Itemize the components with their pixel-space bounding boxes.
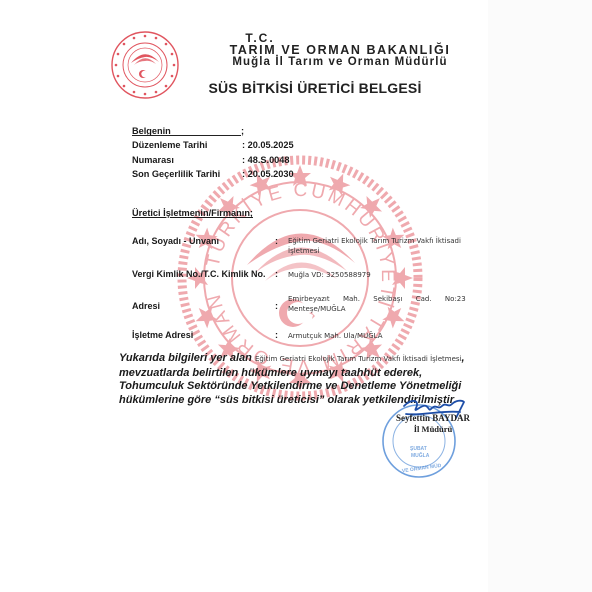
issue-date-value: : 20.05.2025 (242, 140, 294, 150)
certificate-section-colon: ; (241, 126, 244, 136)
business-address-value: Armutçuk Mah. Ula/MUĞLA (288, 331, 382, 341)
address-colon: : (275, 301, 278, 311)
svg-text:MUĞLA: MUĞLA (411, 451, 430, 459)
business-address-label: İşletme Adresi (132, 330, 193, 340)
number-value: : 48.S.0048 (242, 155, 290, 165)
statement-company: Eğitim Geriatri Ekolojik Tarım Turizm Va… (255, 355, 462, 363)
statement-lead: Yukarıda bilgileri yer alan (119, 352, 255, 364)
producer-section-label: Üretici İşletmenin/Firmanın; (132, 208, 253, 218)
signatory-title: İl Müdürü (393, 424, 473, 434)
name-title-value-line1: Eğitim Geriatri Ekolojik Tarım Turizm Va… (288, 236, 461, 246)
header-directorate: Muğla İl Tarım ve Orman Müdürlü (200, 56, 480, 68)
address-value-line2: Menteşe/MUĞLA (288, 304, 480, 314)
name-title-value: Eğitim Geriatri Ekolojik Tarım Turizm Va… (288, 236, 461, 256)
expiry-date-label: Son Geçerlilik Tarihi (132, 169, 220, 179)
address-label: Adresi (132, 301, 160, 311)
name-title-value-line2: İşletmesi (288, 246, 461, 256)
name-title-colon: : (275, 236, 278, 246)
business-address-colon: : (275, 330, 278, 340)
svg-text:TÜRKİYE CUMHURİYETİ TARIM VE O: TÜRKİYE CUMHURİYETİ TARIM VE ORMAN BAKAN… (175, 153, 398, 376)
name-title-label: Adı, Soyadı - Unvanı (132, 236, 219, 246)
address-value: Emirbeyazıt Mah. Sekibaşı Cad. No:23 Men… (288, 294, 480, 314)
signatory-name: Seyfettin BAYDAR (393, 413, 473, 423)
address-value-line1: Emirbeyazıt Mah. Sekibaşı Cad. No:23 (288, 294, 480, 304)
section-underline (132, 135, 241, 136)
ministry-seal-icon (110, 30, 180, 100)
certificate-page: TÜRKİYE CUMHURİYETİ TARIM VE ORMAN BAKAN… (0, 0, 592, 592)
svg-text:ŞUBAT: ŞUBAT (410, 446, 427, 452)
tax-id-label: Vergi Kimlik No./T.C. Kimlik No. (132, 269, 266, 279)
tax-id-value: Muğla VD: 3250588979 (288, 270, 371, 280)
expiry-date-value: : 20.05.2030 (242, 169, 294, 179)
number-label: Numarası (132, 155, 174, 165)
tax-id-colon: : (275, 269, 278, 279)
header-ministry: TARIM VE ORMAN BAKANLIĞI (200, 43, 480, 57)
document-title: SÜS BİTKİSİ ÜRETİCİ BELGESİ (200, 80, 430, 96)
issue-date-label: Düzenleme Tarihi (132, 140, 207, 150)
